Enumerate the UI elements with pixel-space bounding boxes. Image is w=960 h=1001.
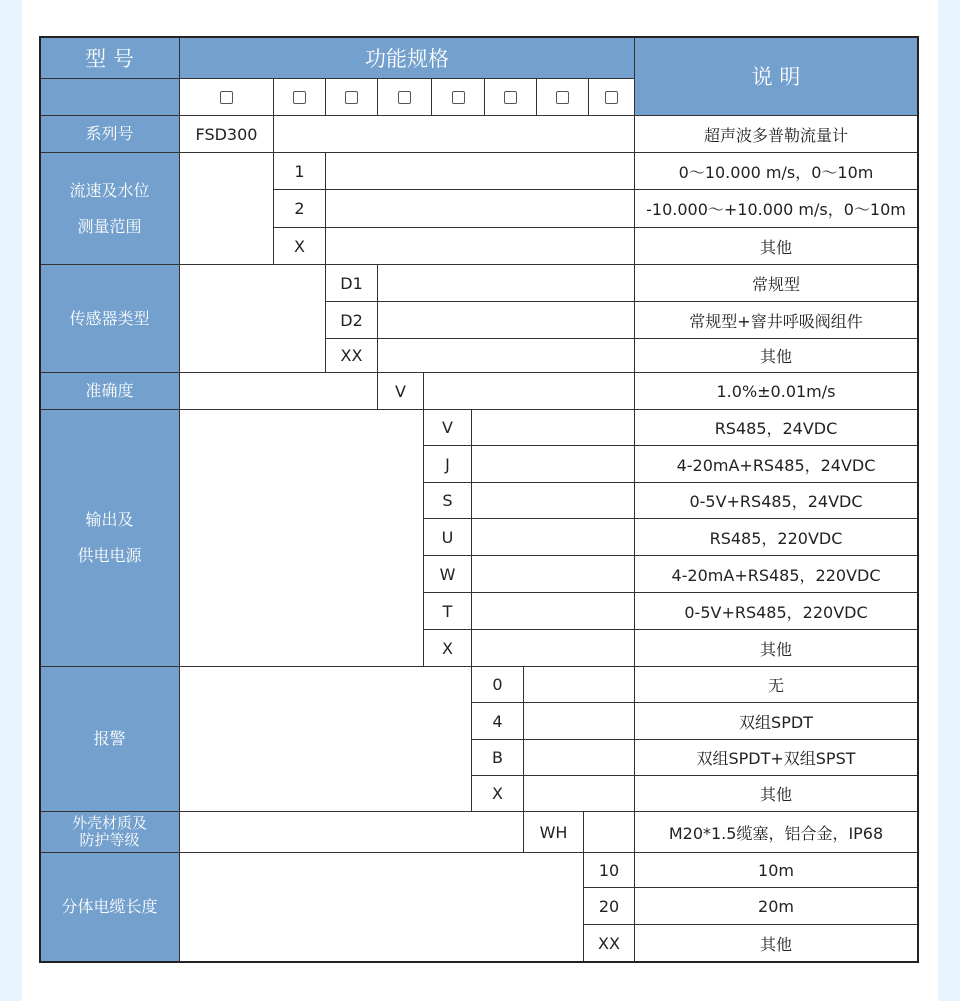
blank-cell <box>523 739 635 776</box>
blank-cell <box>179 372 378 410</box>
output-code-6: T <box>423 592 472 630</box>
accuracy-code: V <box>377 372 424 410</box>
code-slot-8 <box>588 78 635 116</box>
output-desc-4: RS485，220VDC <box>634 518 918 556</box>
range-desc-1: 0～10.000 m/s，0～10m <box>634 152 918 190</box>
code-slot-3 <box>325 78 378 116</box>
range-label-line1: 流速及水位 <box>69 173 149 209</box>
alarm-desc-3: 双组SPDT+双组SPST <box>634 739 918 776</box>
output-desc-3: 0-5V+RS485，24VDC <box>634 482 918 519</box>
output-code-5: W <box>423 555 472 593</box>
range-code-1: 1 <box>273 152 326 190</box>
output-code-4: U <box>423 518 472 556</box>
blank-cell <box>179 852 584 962</box>
code-slot-4 <box>377 78 432 116</box>
housing-desc: M20*1.5缆塞，铝合金，IP68 <box>634 811 918 853</box>
page-margin-right <box>938 0 960 1001</box>
cable-code-1: 10 <box>583 852 635 888</box>
output-desc-6: 0-5V+RS485，220VDC <box>634 592 918 630</box>
alarm-code-2: 4 <box>471 702 524 740</box>
output-code-7: X <box>423 629 472 667</box>
alarm-desc-4: 其他 <box>634 775 918 812</box>
output-label: 输出及 供电电源 <box>39 409 180 667</box>
blank-cell <box>179 666 472 812</box>
blank-cell <box>471 409 635 446</box>
cable-desc-3: 其他 <box>634 924 918 962</box>
sensor-desc-1: 常规型 <box>634 264 918 302</box>
square-icon <box>345 91 358 104</box>
range-code-2: 2 <box>273 189 326 228</box>
blank-cell <box>179 264 326 373</box>
blank-cell <box>179 152 274 265</box>
blank-cell <box>471 518 635 556</box>
output-desc-1: RS485，24VDC <box>634 409 918 446</box>
output-code-1: V <box>423 409 472 446</box>
blank-cell <box>471 482 635 519</box>
range-desc-2: -10.000～+10.000 m/s，0～10m <box>634 189 918 228</box>
alarm-code-3: B <box>471 739 524 776</box>
output-code-3: S <box>423 482 472 519</box>
blank-cell <box>325 227 635 265</box>
range-code-3: X <box>273 227 326 265</box>
description-header: 说 明 <box>634 36 918 116</box>
square-icon <box>504 91 517 104</box>
output-code-2: J <box>423 445 472 483</box>
blank-cell <box>471 629 635 667</box>
cable-label: 分体电缆长度 <box>39 852 180 962</box>
blank-cell <box>179 811 524 853</box>
header-blank <box>39 78 180 116</box>
range-desc-3: 其他 <box>634 227 918 265</box>
range-label: 流速及水位 测量范围 <box>39 152 180 265</box>
page-margin-left <box>0 0 22 1001</box>
model-header: 型 号 <box>39 36 180 79</box>
housing-label: 外壳材质及 防护等级 <box>39 811 180 853</box>
output-label-line1: 输出及 <box>85 502 133 538</box>
accuracy-label: 准确度 <box>39 372 180 410</box>
code-slot-2 <box>273 78 326 116</box>
output-desc-7: 其他 <box>634 629 918 667</box>
code-slot-1 <box>179 78 274 116</box>
square-icon <box>556 91 569 104</box>
cable-desc-2: 20m <box>634 887 918 925</box>
series-label: 系列号 <box>39 115 180 153</box>
blank-cell <box>423 372 635 410</box>
blank-cell <box>273 115 635 153</box>
blank-cell <box>523 666 635 703</box>
cable-code-3: XX <box>583 924 635 962</box>
function-spec-header: 功能规格 <box>179 36 635 79</box>
blank-cell <box>471 592 635 630</box>
code-slot-6 <box>484 78 537 116</box>
blank-cell <box>523 702 635 740</box>
output-desc-5: 4-20mA+RS485，220VDC <box>634 555 918 593</box>
alarm-label: 报警 <box>39 666 180 812</box>
accuracy-desc: 1.0%±0.01m/s <box>634 372 918 410</box>
square-icon <box>398 91 411 104</box>
sensor-code-1: D1 <box>325 264 378 302</box>
square-icon <box>293 91 306 104</box>
blank-cell <box>377 301 635 339</box>
housing-code: WH <box>523 811 584 853</box>
alarm-desc-1: 无 <box>634 666 918 703</box>
housing-label-line2: 防护等级 <box>79 832 139 849</box>
blank-cell <box>325 189 635 228</box>
alarm-desc-2: 双组SPDT <box>634 702 918 740</box>
series-code: FSD300 <box>179 115 274 153</box>
sensor-desc-3: 其他 <box>634 338 918 373</box>
cable-code-2: 20 <box>583 887 635 925</box>
blank-cell <box>583 811 635 853</box>
blank-cell <box>523 775 635 812</box>
square-icon <box>452 91 465 104</box>
alarm-code-4: X <box>471 775 524 812</box>
housing-label-line1: 外壳材质及 <box>72 815 147 832</box>
blank-cell <box>471 555 635 593</box>
code-slot-5 <box>431 78 485 116</box>
sensor-code-2: D2 <box>325 301 378 339</box>
blank-cell <box>377 264 635 302</box>
alarm-code-1: 0 <box>471 666 524 703</box>
output-label-line2: 供电电源 <box>77 538 141 574</box>
sensor-desc-2: 常规型+窨井呼吸阀组件 <box>634 301 918 339</box>
blank-cell <box>377 338 635 373</box>
cable-desc-1: 10m <box>634 852 918 888</box>
output-desc-2: 4-20mA+RS485，24VDC <box>634 445 918 483</box>
blank-cell <box>179 409 424 667</box>
sensor-code-3: XX <box>325 338 378 373</box>
sensor-label: 传感器类型 <box>39 264 180 373</box>
blank-cell <box>325 152 635 190</box>
square-icon <box>220 91 233 104</box>
series-desc: 超声波多普勒流量计 <box>634 115 918 153</box>
code-slot-7 <box>536 78 589 116</box>
square-icon <box>605 91 618 104</box>
range-label-line2: 测量范围 <box>77 209 141 245</box>
blank-cell <box>471 445 635 483</box>
